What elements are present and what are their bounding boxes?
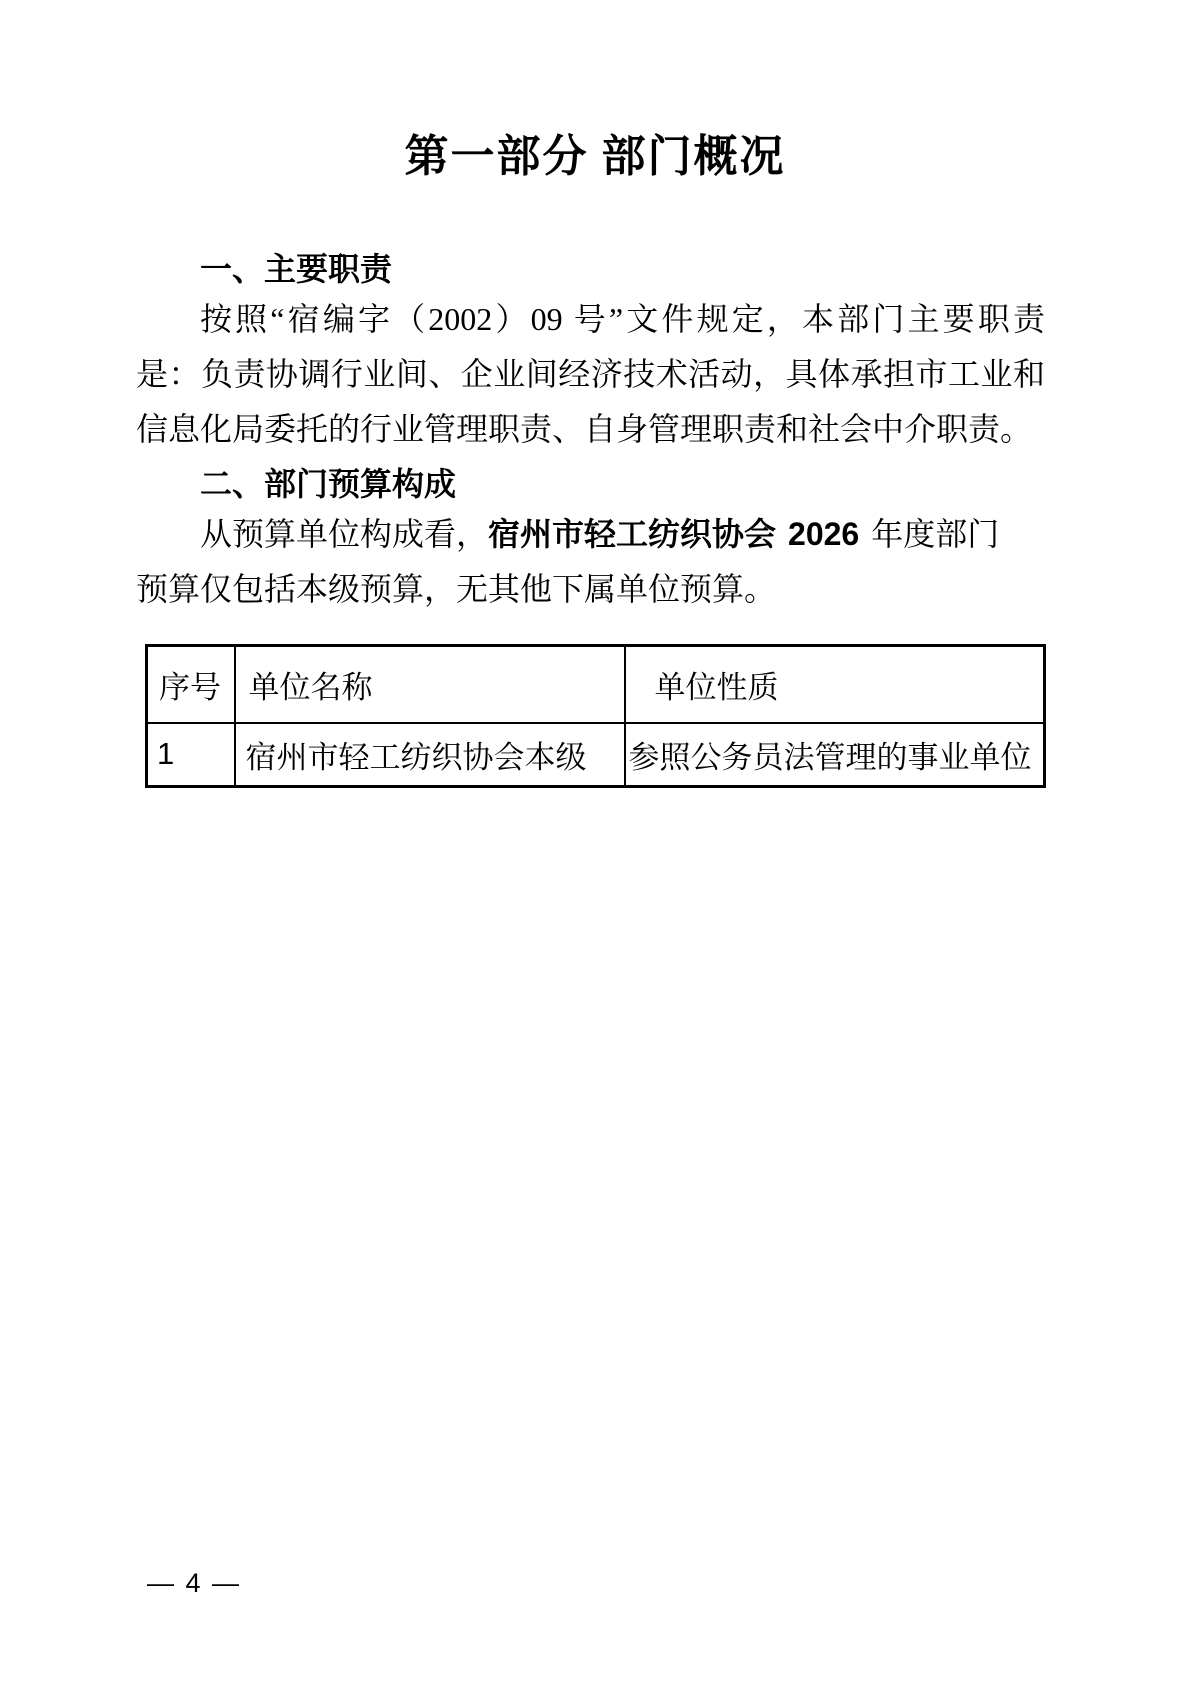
cell-unit-name: 宿州市轻工纺织协会本级	[235, 723, 625, 787]
duties-line-1: 按照“宿编字（2002）09 号”文件规定，本部门主要职责	[136, 292, 1045, 347]
duties-line-2: 是：负责协调行业间、企业间经济技术活动，具体承担市工业和	[136, 347, 1045, 402]
document-page: 第一部分 部门概况 一、主要职责 按照“宿编字（2002）09 号”文件规定，本…	[0, 0, 1190, 1683]
budget-intro-line-1: 从预算单位构成看，宿州市轻工纺织协会2026年度部门	[136, 507, 1045, 562]
section-heading-duties: 一、主要职责	[136, 248, 1045, 290]
page-title: 第一部分 部门概况	[0, 0, 1190, 186]
budget-intro-line-2: 预算仅包括本级预算，无其他下属单位预算。	[136, 562, 1045, 617]
cell-unit-nature: 参照公务员法管理的事业单位	[625, 723, 1045, 787]
duties-paragraph: 按照“宿编字（2002）09 号”文件规定，本部门主要职责 是：负责协调行业间、…	[136, 292, 1045, 457]
section-heading-budget-composition: 二、部门预算构成	[136, 463, 1045, 505]
table-header-unit-name: 单位名称	[235, 646, 625, 723]
budget-composition-paragraph: 从预算单位构成看，宿州市轻工纺织协会2026年度部门 预算仅包括本级预算，无其他…	[136, 507, 1045, 617]
table-header-seq: 序号	[147, 646, 235, 723]
table-header-row: 序号 单位名称 单位性质	[147, 646, 1045, 723]
org-name-emphasis: 宿州市轻工纺织协会	[488, 516, 776, 552]
budget-intro-tail: 年度部门	[871, 516, 999, 552]
budget-units-table: 序号 单位名称 单位性质 1 宿州市轻工纺织协会本级 参照公务员法管理的事业单位	[145, 644, 1046, 788]
cell-seq: 1	[147, 723, 235, 787]
table-row: 1 宿州市轻工纺织协会本级 参照公务员法管理的事业单位	[147, 723, 1045, 787]
page-number: — 4 —	[147, 1568, 241, 1599]
table-header-unit-nature: 单位性质	[625, 646, 1045, 723]
budget-intro-prefix: 从预算单位构成看，	[200, 516, 488, 552]
page-content: 一、主要职责 按照“宿编字（2002）09 号”文件规定，本部门主要职责 是：负…	[0, 248, 1190, 788]
budget-year: 2026	[788, 516, 859, 552]
duties-line-3: 信息化局委托的行业管理职责、自身管理职责和社会中介职责。	[136, 402, 1045, 457]
